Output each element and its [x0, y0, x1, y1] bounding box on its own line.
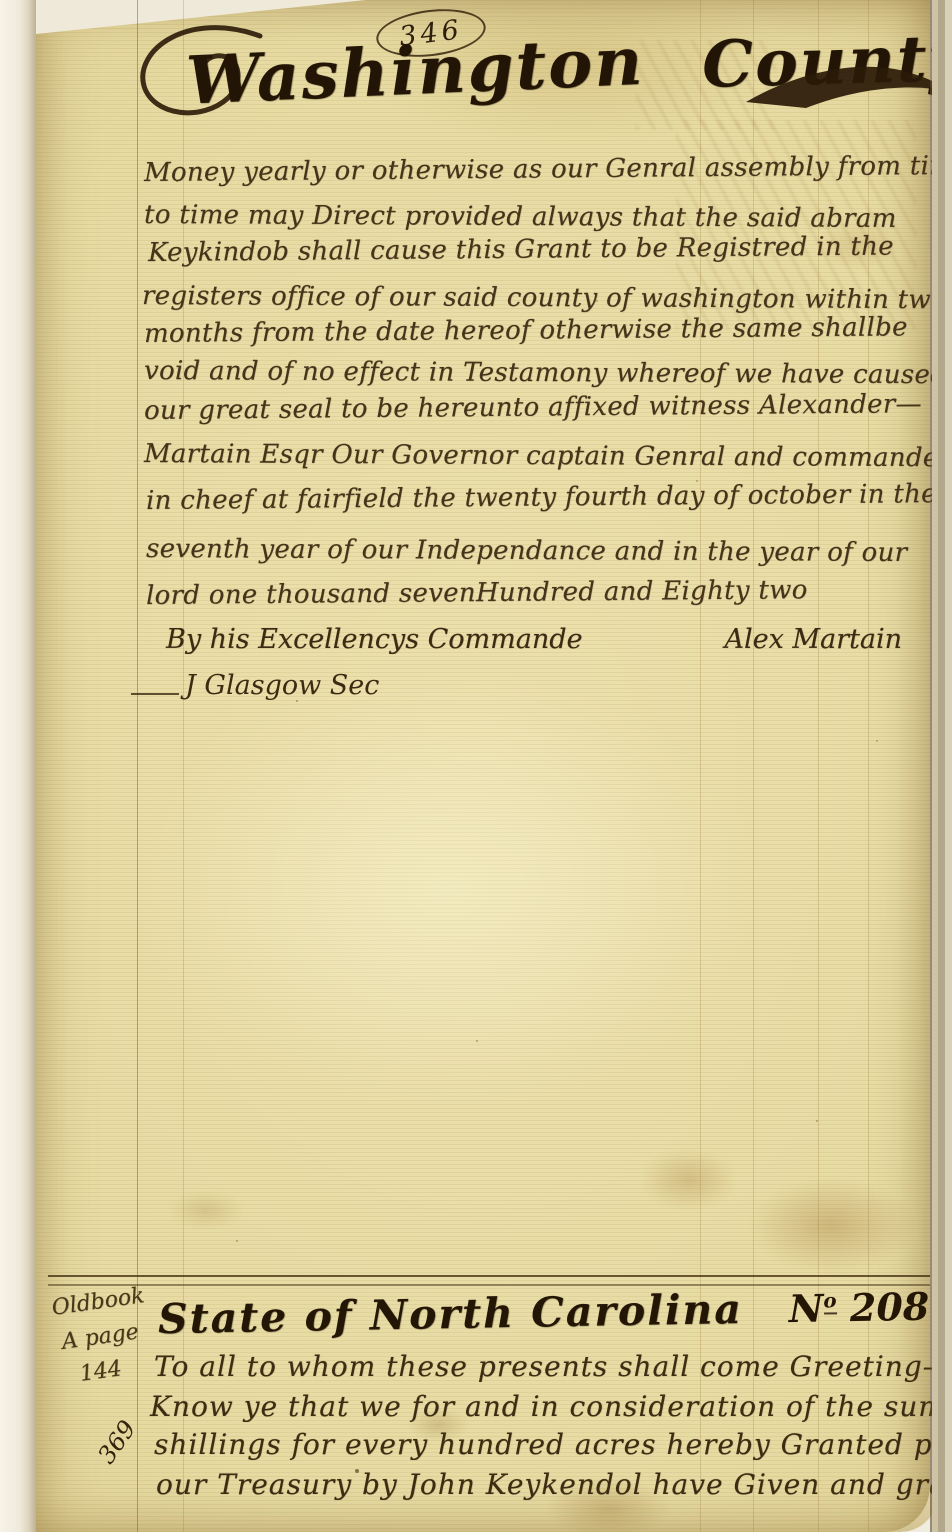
manuscript-line: our Treasury by John Keykendol have Give…	[156, 1468, 952, 1501]
manuscript-scan: 346 Washington County Money yearly or ot…	[0, 0, 952, 1532]
manuscript-line: lord one thousand sevenHundred and Eight…	[146, 575, 808, 611]
manuscript-line: shillings for every hundred acres hereby…	[154, 1428, 952, 1461]
book-binding-right	[930, 0, 952, 1532]
secretary-signature: J Glasgow Sec	[185, 670, 379, 701]
grant-number-n: N	[788, 1286, 824, 1332]
manuscript-line: To all to whom these presents shall come…	[154, 1350, 952, 1383]
book-edge-left	[0, 0, 36, 1532]
title-tail-swash	[746, 58, 952, 118]
section2-title: State of North Carolina	[158, 1285, 744, 1343]
margin-rotated-number: 369	[92, 1415, 141, 1469]
signature-row: By his Excellencys Commande Alex Martain	[166, 624, 902, 655]
governor-signature: Alex Martain	[724, 624, 902, 655]
manuscript-line: our great seal to be hereunto affixed wi…	[144, 389, 922, 426]
pen-dash	[131, 693, 179, 695]
command-attestation: By his Excellencys Commande	[166, 624, 583, 655]
margin-note-line: Oldbook	[50, 1283, 146, 1321]
manuscript-line: seventh year of our Independance and in …	[146, 534, 907, 568]
manuscript-line: Martain Esqr Our Governor captain Genral…	[144, 439, 951, 473]
secretary-row: J Glasgow Sec	[131, 670, 379, 701]
manuscript-page: 346 Washington County Money yearly or ot…	[36, 0, 930, 1532]
grant-number: No 208 —	[788, 1283, 952, 1331]
margin-note-line: A page	[60, 1319, 140, 1354]
section2-heading: State of North Carolina No 208 —	[158, 1281, 952, 1343]
manuscript-line: Know ye that we for and in consideration…	[150, 1390, 952, 1423]
manuscript-line: void and of no effect in Testamony where…	[144, 356, 947, 390]
manuscript-line: registers office of our said county of w…	[142, 281, 952, 315]
margin-note-line: 144	[78, 1356, 123, 1387]
grant-number-sup: o	[823, 1289, 837, 1315]
manuscript-line: to time may Direct provided always that …	[144, 200, 897, 234]
manuscript-line: months from the date hereof otherwise th…	[144, 312, 908, 349]
